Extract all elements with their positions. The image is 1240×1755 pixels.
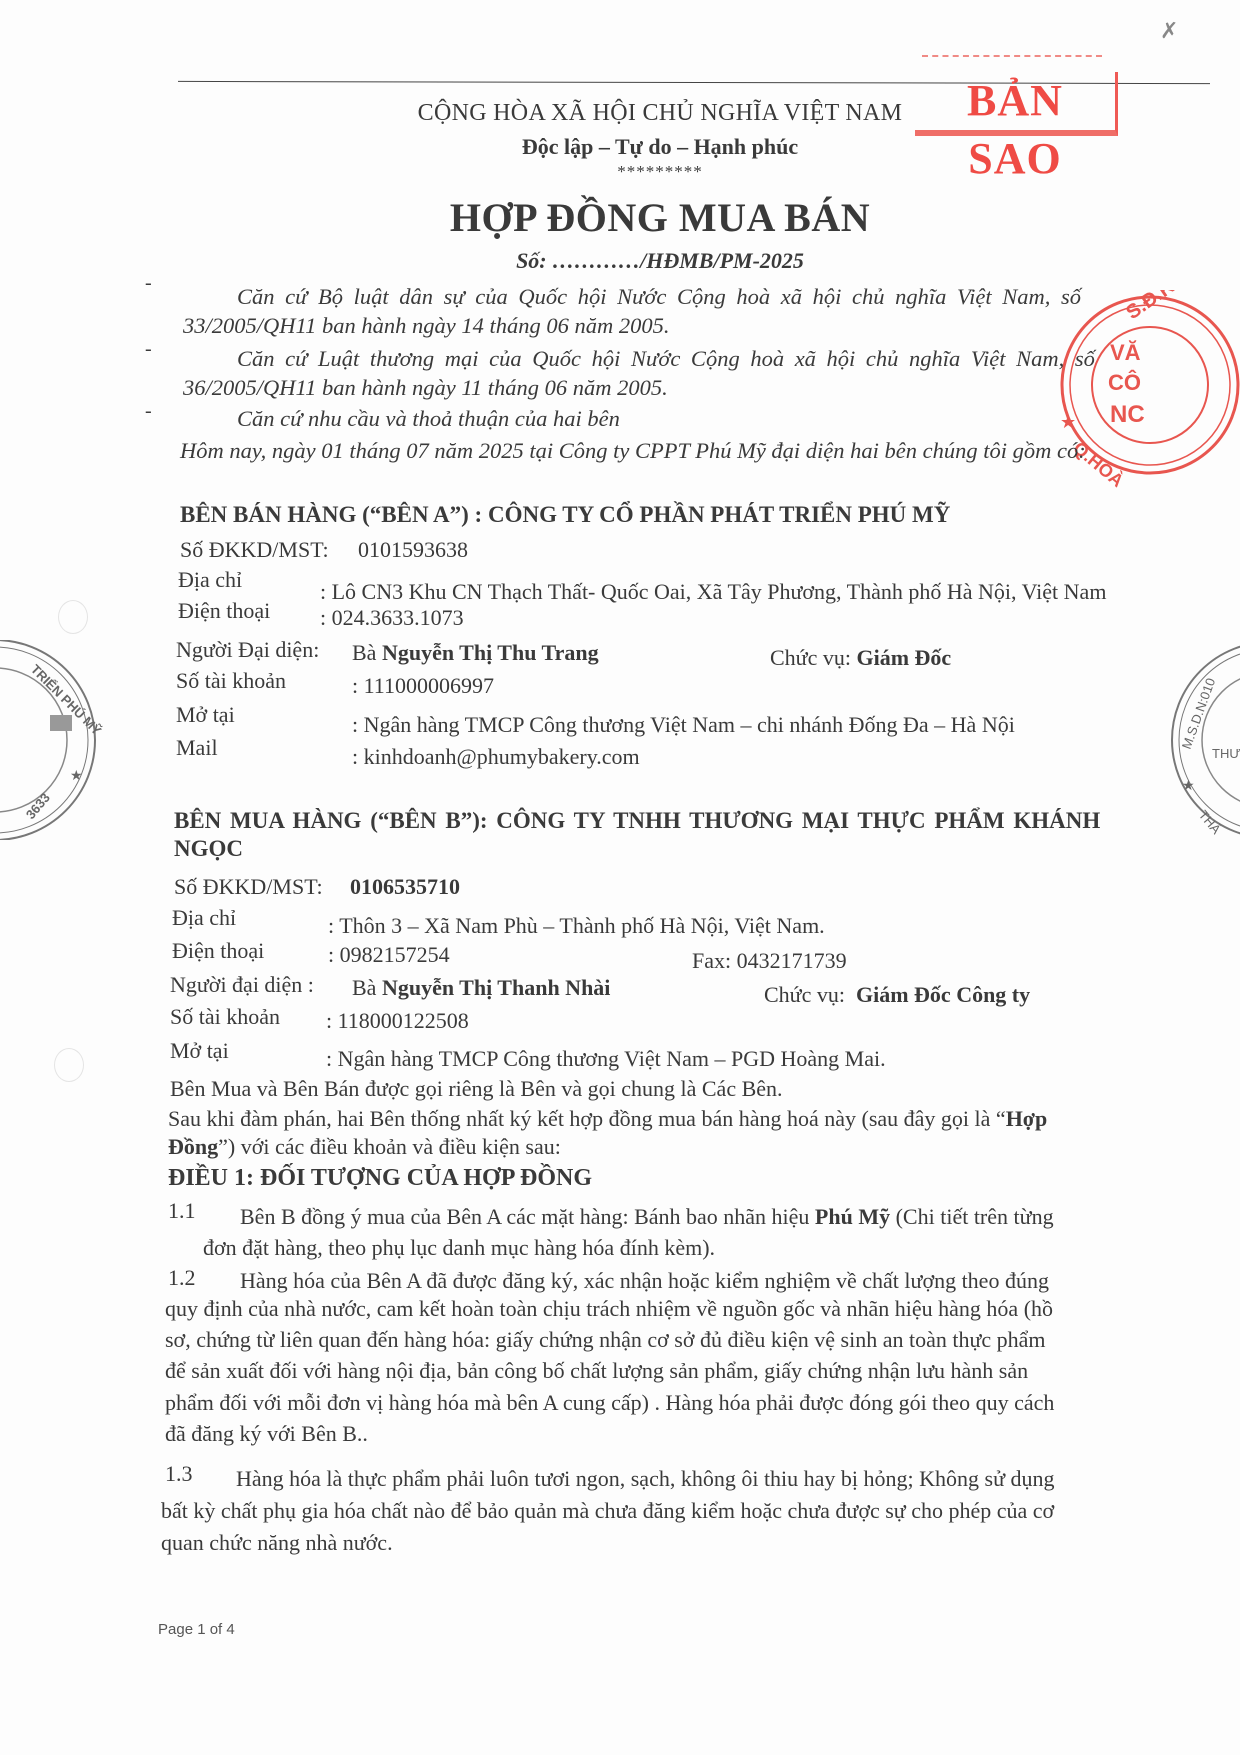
party-a-rep-name: Nguyễn Thị Thu Trang xyxy=(382,640,599,665)
preamble-2-line2: 36/2005/QH11 ban hành ngày 11 tháng 06 n… xyxy=(183,375,668,401)
svg-text:THƯ: THƯ xyxy=(1212,746,1240,761)
party-a-phone-label: Điện thoại xyxy=(178,598,270,624)
preamble-1-line2: 33/2005/QH11 ban hành ngày 14 tháng 06 n… xyxy=(183,313,669,339)
party-a-position-value: Giám Đốc xyxy=(856,645,951,670)
party-a-position: Chức vụ: Giám Đốc xyxy=(770,645,951,671)
preamble-1-line1: Căn cứ Bộ luật dân sự của Quốc hội Nước … xyxy=(237,284,1081,310)
party-a-mail-value: : kinhdoanh@phumybakery.com xyxy=(352,744,640,770)
contract-number: Số: …………/HĐMB/PM-2025 xyxy=(40,248,1240,274)
preamble-3-line1: Căn cứ nhu cầu và thoả thuận của hai bên xyxy=(237,406,620,432)
party-b-account-label: Số tài khoản xyxy=(170,1004,280,1030)
item-1-1-text: Bên B đồng ý mua của Bên A các mặt hàng:… xyxy=(240,1204,815,1229)
party-a-address-value: : Lô CN3 Khu CN Thạch Thất- Quốc Oai, Xã… xyxy=(320,579,1106,605)
page-number: Page 1 of 4 xyxy=(158,1621,235,1638)
item-1-3-line1: Hàng hóa là thực phẩm phải luôn tươi ngo… xyxy=(236,1466,1055,1492)
company-b-seal-icon: M.S.D.N:010 ★ THƯ THÀ xyxy=(1170,640,1240,860)
punch-hole xyxy=(54,1048,84,1082)
item-1-2-line4: để sản xuất đối với hàng nội địa, bản cô… xyxy=(165,1358,1028,1384)
item-1-2-line6: đã đăng ký với Bên B.. xyxy=(165,1421,368,1447)
party-b-bank-value: : Ngân hàng TMCP Công thương Việt Nam – … xyxy=(326,1046,886,1072)
party-b-tax-value: 0106535710 xyxy=(350,874,460,900)
party-b-phone-label: Điện thoại xyxy=(172,938,264,964)
punch-hole xyxy=(58,600,88,634)
item-1-3-number: 1.3 xyxy=(165,1461,193,1487)
intro-line3-bold: Đồng xyxy=(168,1134,218,1159)
copy-stamp-dash xyxy=(922,55,1102,57)
document-title: HỢP ĐỒNG MUA BÁN xyxy=(40,194,1240,241)
intro-line2-text: Sau khi đàm phán, hai Bên thống nhất ký … xyxy=(168,1106,1006,1131)
item-1-3-line2: bất kỳ chất phụ gia hóa chất nào để bảo … xyxy=(161,1498,1054,1524)
party-a-rep-label: Người Đại diện: xyxy=(176,637,319,663)
bullet: - xyxy=(145,400,152,423)
party-a-mail-label: Mail xyxy=(176,735,218,761)
corner-mark-icon: ✗ xyxy=(1160,18,1178,44)
svg-text:★: ★ xyxy=(70,767,83,783)
intro-line1: Bên Mua và Bên Bán được gọi riêng là Bên… xyxy=(170,1076,783,1102)
intro-line3: Đồng”) với các điều khoản và điều kiện s… xyxy=(168,1134,561,1160)
item-1-1-brand: Phú Mỹ xyxy=(815,1204,890,1229)
intro-line3-text: ”) với các điều khoản và điều kiện sau: xyxy=(218,1134,561,1159)
party-b-position-label: Chức vụ: xyxy=(764,982,845,1007)
party-b-rep-name: Nguyễn Thị Thanh Nhài xyxy=(382,975,610,1000)
intro-line2: Sau khi đàm phán, hai Bên thống nhất ký … xyxy=(168,1106,1047,1132)
party-b-fax-label: Fax: xyxy=(692,948,731,973)
intro-line2-bold: Hợp xyxy=(1006,1106,1048,1131)
party-a-phone-value: : 024.3633.1073 xyxy=(320,605,464,631)
item-1-2-line2: quy định của nhà nước, cam kết hoàn toàn… xyxy=(165,1296,1053,1322)
item-1-1-line2: đơn đặt hàng, theo phụ lục danh mục hàng… xyxy=(203,1235,715,1261)
svg-text:VĂ: VĂ xyxy=(1110,340,1141,365)
party-b-rep: Bà Nguyễn Thị Thanh Nhài xyxy=(352,975,610,1001)
party-a-bank-value: : Ngân hàng TMCP Công thương Việt Nam – … xyxy=(352,712,1015,738)
party-b-fax-value: 0432171739 xyxy=(737,948,847,973)
party-b-rep-label: Người đại diện : xyxy=(170,972,314,998)
party-b-account-value: : 118000122508 xyxy=(326,1008,469,1034)
today-line: Hôm nay, ngày 01 tháng 07 năm 2025 tại C… xyxy=(180,438,1086,464)
party-a-heading: BÊN BÁN HÀNG (“BÊN A”) : CÔNG TY CỔ PHẦN… xyxy=(180,502,950,528)
party-a-position-label: Chức vụ: xyxy=(770,645,851,670)
party-b-heading-line1: BÊN MUA HÀNG (“BÊN B”): CÔNG TY TNHH THƯ… xyxy=(174,808,1100,834)
party-a-tax-value: 0101593638 xyxy=(358,537,468,563)
party-b-tax-label: Số ĐKKD/MST: xyxy=(174,874,323,900)
party-a-address-label: Địa chỉ xyxy=(178,567,242,593)
article-1-heading: ĐIỀU 1: ĐỐI TƯỢNG CỦA HỢP ĐỒNG xyxy=(168,1165,592,1192)
party-a-bank-label: Mở tại xyxy=(176,702,235,728)
party-b-position: Chức vụ: Giám Đốc Công ty xyxy=(764,982,1030,1008)
party-b-address-label: Địa chỉ xyxy=(172,905,236,931)
item-1-2-number: 1.2 xyxy=(168,1265,196,1291)
party-a-account-value: : 111000006997 xyxy=(352,673,494,699)
party-b-position-value: Giám Đốc Công ty xyxy=(856,982,1030,1007)
svg-text:3633: 3633 xyxy=(23,790,53,822)
svg-text:CÔ: CÔ xyxy=(1108,370,1141,395)
party-b-fax: Fax: 0432171739 xyxy=(692,948,847,974)
party-b-address-value: : Thôn 3 – Xã Nam Phù – Thành phố Hà Nội… xyxy=(328,913,825,939)
nation-heading: CỘNG HÒA XÃ HỘI CHỦ NGHĨA VIỆT NAM xyxy=(40,100,1240,127)
party-b-rep-prefix: Bà xyxy=(352,975,376,1000)
svg-text:M.S.D.N:010: M.S.D.N:010 xyxy=(1179,676,1219,751)
item-1-2-line5: phẩm đối với mỗi đơn vị hàng hóa mà bên … xyxy=(165,1390,1054,1416)
party-a-tax-label: Số ĐKKD/MST: xyxy=(180,537,329,563)
party-b-phone-value: : 0982157254 xyxy=(328,942,450,968)
party-a-rep: Bà Nguyễn Thị Thu Trang xyxy=(352,640,599,666)
item-1-2-line1: Hàng hóa của Bên A đã được đăng ký, xác … xyxy=(240,1268,1049,1294)
party-a-account-label: Số tài khoản xyxy=(176,668,286,694)
party-b-heading-line2: NGỌC xyxy=(174,836,243,862)
item-1-1-text-end: (Chi tiết trên từng xyxy=(890,1204,1053,1229)
svg-text:NC: NC xyxy=(1110,401,1145,428)
svg-text:★: ★ xyxy=(1060,412,1076,432)
svg-text:THÀ: THÀ xyxy=(1196,807,1224,837)
separator: ********* xyxy=(40,162,1240,182)
item-1-3-line3: quan chức năng nhà nước. xyxy=(161,1530,393,1556)
company-a-seal-icon: TRIỂN PHÚ MỸ ★ 3633 xyxy=(0,640,120,840)
bullet: - xyxy=(145,272,152,295)
svg-text:★: ★ xyxy=(1182,777,1195,793)
party-a-rep-prefix: Bà xyxy=(352,640,376,665)
bullet: - xyxy=(145,338,152,361)
item-1-1-line1: Bên B đồng ý mua của Bên A các mặt hàng:… xyxy=(240,1204,1054,1230)
motto: Độc lập – Tự do – Hạnh phúc xyxy=(40,134,1240,160)
party-b-bank-label: Mở tại xyxy=(170,1038,229,1064)
item-1-1-number: 1.1 xyxy=(168,1198,196,1224)
preamble-2-line1: Căn cứ Luật thương mại của Quốc hội Nước… xyxy=(237,346,1095,372)
item-1-2-line3: sơ, chứng từ liên quan đến hàng hóa: giấ… xyxy=(165,1327,1046,1353)
